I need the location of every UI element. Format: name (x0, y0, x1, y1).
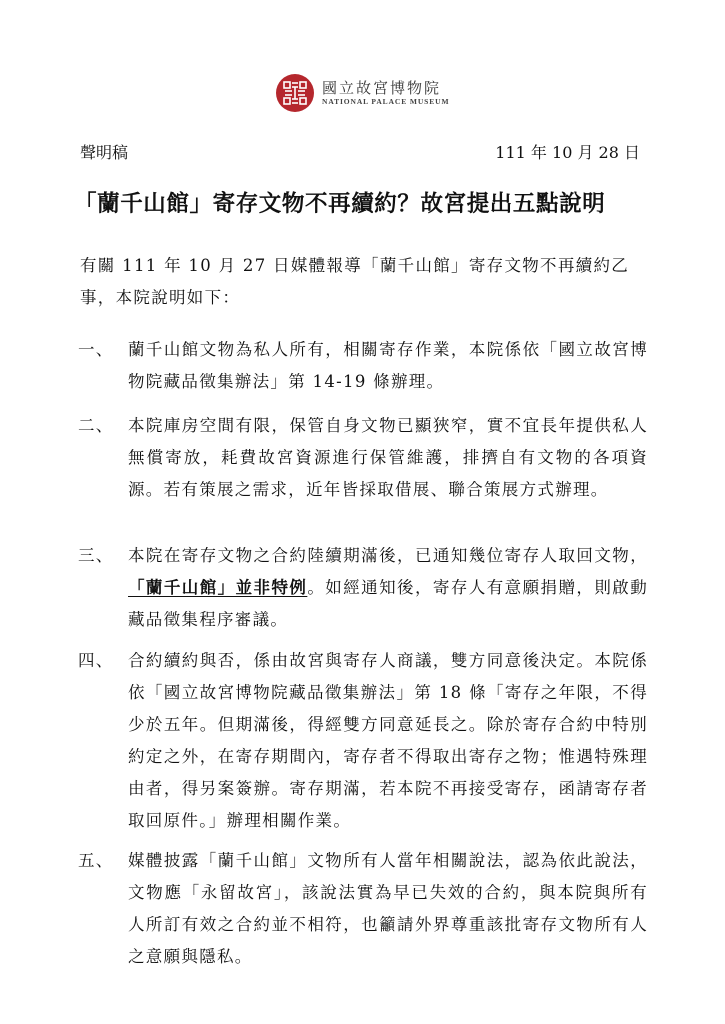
museum-logo: 國立故宮博物院 NATIONAL PALACE MUSEUM (276, 74, 449, 112)
document-date: 111 年 10 月 28 日 (495, 143, 640, 163)
item-number: 一、 (78, 334, 128, 398)
item-text-before: 本院在寄存文物之合約陸續期滿後，已通知幾位寄存人取回文物， (128, 546, 648, 565)
list-item-4: 四、 合約續約與否，係由故宮與寄存人商議，雙方同意後決定。本院係依「國立故宮博物… (78, 645, 648, 837)
list-item-5: 五、 媒體披露「蘭千山館」文物所有人當年相關說法，認為依此說法，文物應「永留故宮… (78, 845, 648, 973)
logo-english-name: NATIONAL PALACE MUSEUM (322, 97, 449, 107)
item-text: 合約續約與否，係由故宮與寄存人商議，雙方同意後決定。本院係依「國立故宮博物院藏品… (128, 645, 648, 837)
item-text: 蘭千山館文物為私人所有，相關寄存作業，本院係依「國立故宮博物院藏品徵集辦法」第 … (128, 334, 648, 398)
museum-emblem-icon (276, 74, 314, 112)
item-text: 媒體披露「蘭千山館」文物所有人當年相關說法，認為依此說法，文物應「永留故宮」，該… (128, 845, 648, 973)
item-number: 五、 (78, 845, 128, 973)
list-item-1: 一、 蘭千山館文物為私人所有，相關寄存作業，本院係依「國立故宮博物院藏品徵集辦法… (78, 334, 648, 398)
item-number: 三、 (78, 540, 128, 636)
list-item-2: 二、 本院庫房空間有限，保管自身文物已顯狹窄，實不宜長年提供私人無償寄放，耗費故… (78, 410, 648, 506)
item-text: 本院庫房空間有限，保管自身文物已顯狹窄，實不宜長年提供私人無償寄放，耗費故宮資源… (128, 410, 648, 506)
item-number: 四、 (78, 645, 128, 837)
logo-chinese-name: 國立故宮博物院 (322, 79, 449, 97)
list-item-3: 三、 本院在寄存文物之合約陸續期滿後，已通知幾位寄存人取回文物，「蘭千山館」並非… (78, 540, 648, 636)
intro-paragraph: 有關 111 年 10 月 27 日媒體報導「蘭千山館」寄存文物不再續約乙事，本… (80, 250, 645, 314)
item-text: 本院在寄存文物之合約陸續期滿後，已通知幾位寄存人取回文物，「蘭千山館」並非特例。… (128, 540, 648, 636)
item-emphasis: 「蘭千山館」並非特例 (128, 578, 307, 597)
document-type: 聲明稿 (80, 143, 128, 163)
item-number: 二、 (78, 410, 128, 506)
document-meta: 聲明稿 111 年 10 月 28 日 (80, 143, 640, 163)
document-title: 「蘭千山館」寄存文物不再續約？故宮提出五點說明 (74, 189, 654, 219)
